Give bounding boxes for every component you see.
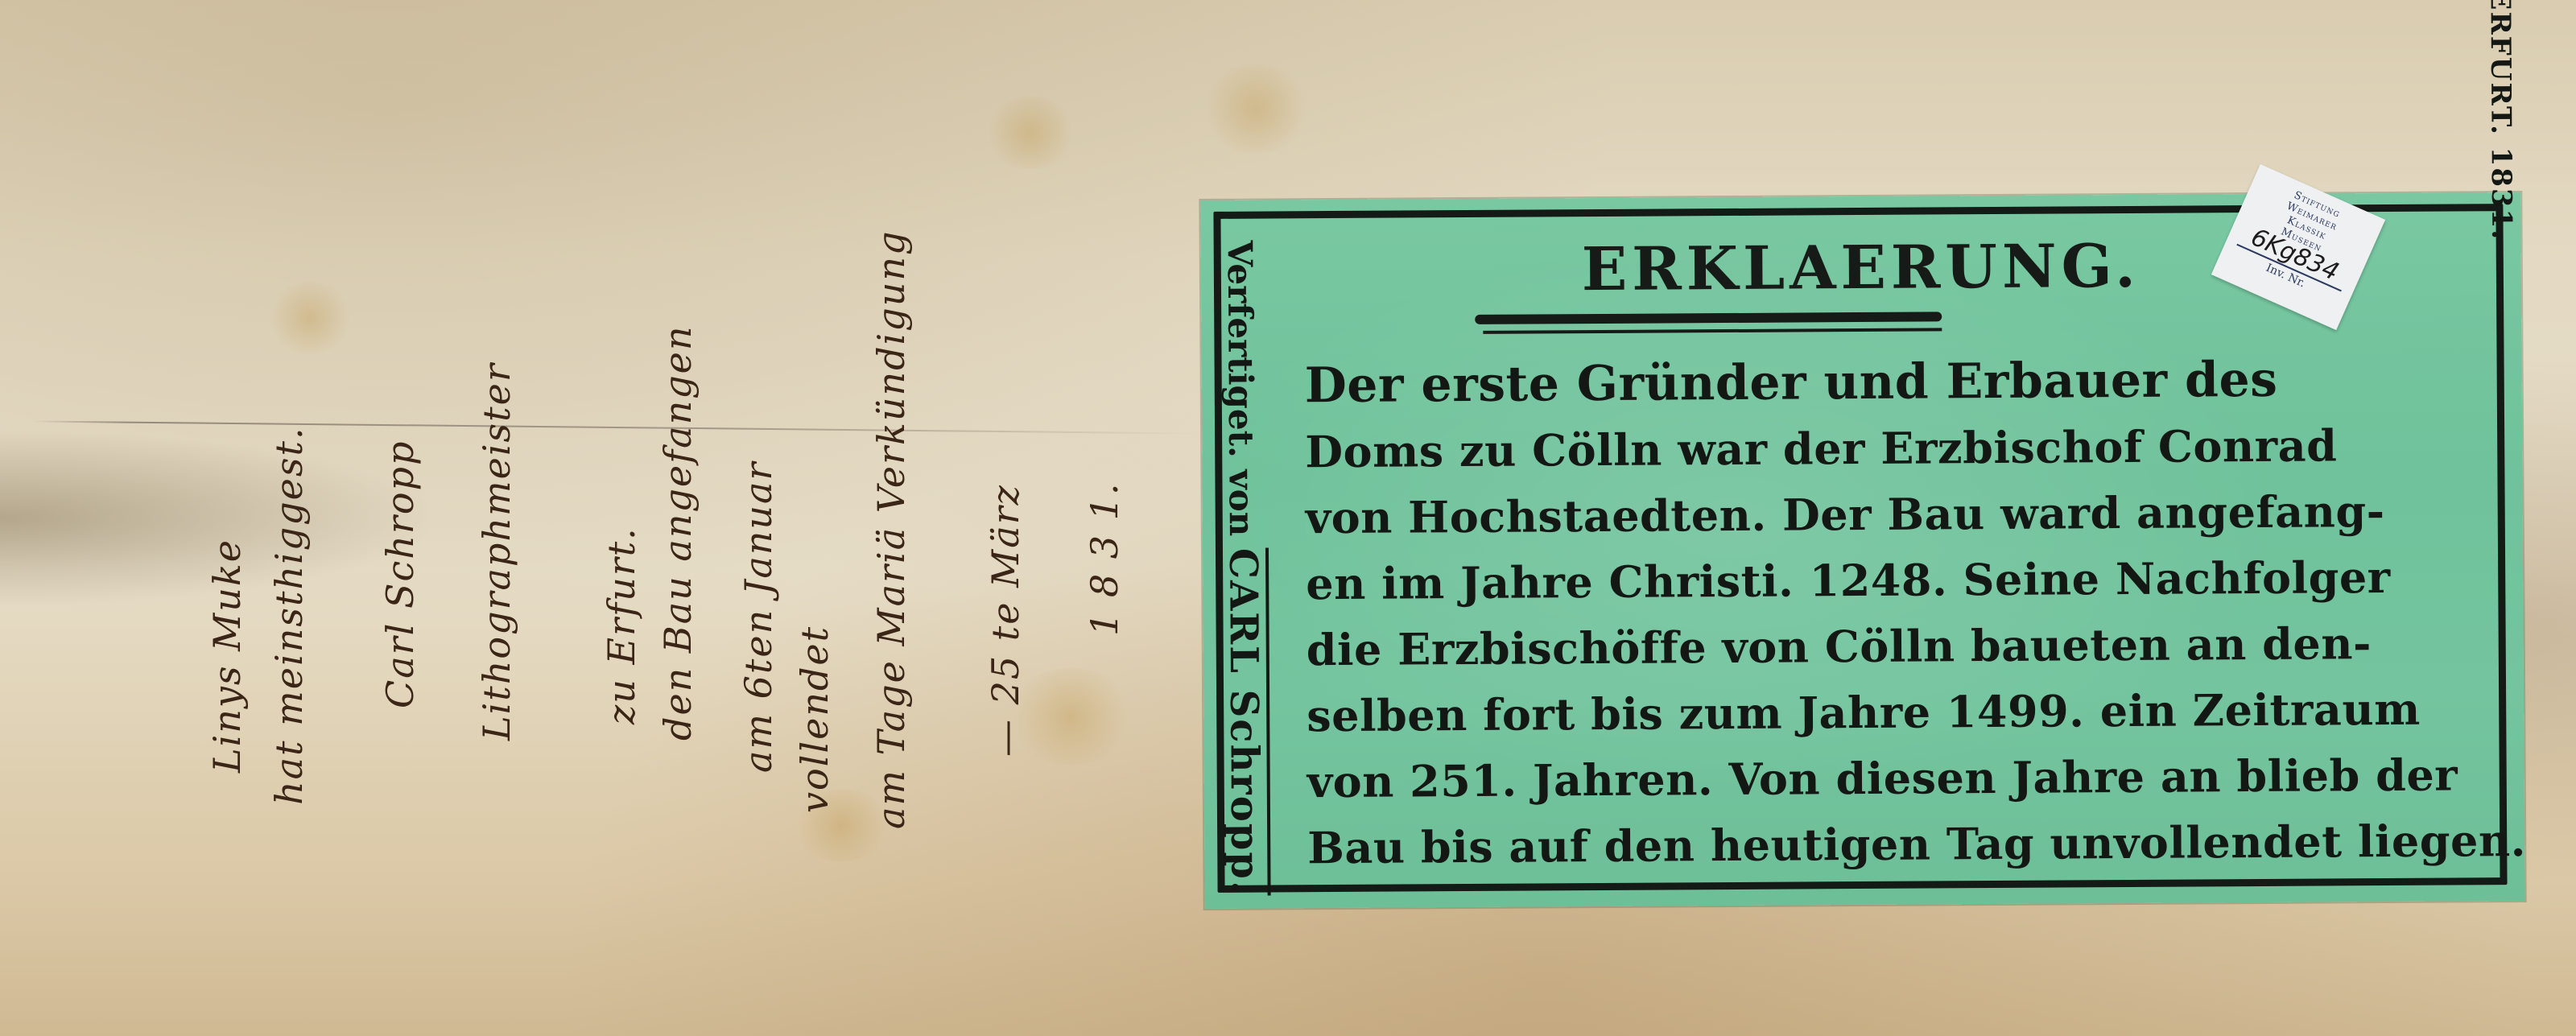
label-body: Der erste Gründer und Erbauer des Doms z… [1304, 346, 2450, 881]
handwriting-line: 1 8 3 1. [1083, 481, 1126, 636]
handwriting-line: vollendet [793, 625, 836, 813]
maker-credit: Verfertiget. von CARL Schropp. [1219, 241, 1268, 896]
handwriting-line: am Tage Mariä Verkündigung [869, 230, 913, 829]
label-line: selben fort bis zum Jahre 1499. ein Zeit… [1307, 676, 2450, 749]
place-date: ERFURT. 1831. [2484, 0, 2518, 241]
label-line: Der erste Gründer und Erbauer des [1304, 346, 2447, 419]
handwriting-line: Lithographmeister [475, 362, 518, 741]
label-line: die Erzbischöffe von Cölln baueten an de… [1306, 610, 2449, 683]
handwriting-line: den Bau angefangen [656, 325, 700, 741]
handwriting-line: zu Erfurt. [600, 526, 643, 724]
label-line: en im Jahre Christi. 1248. Seine Nachfol… [1306, 544, 2449, 617]
label-line: von Hochstaedten. Der Bau ward angefang- [1305, 478, 2448, 551]
maker-prefix: Verfertiget. von [1220, 241, 1261, 537]
handwriting-line: am 6ten Januar [737, 461, 780, 773]
handwriting-line: Carl Schropp [378, 440, 422, 708]
label-line: Doms zu Cölln war der Erzbischof Conrad [1305, 412, 2448, 485]
label-line: von 251. Jahren. Von diesen Jahre an bli… [1307, 742, 2450, 815]
handwritten-inscription: Linys Muke hat meinsthiggest. Carl Schro… [0, 0, 1175, 1036]
label-line: Bau bis auf den heutigen Tag unvollendet… [1307, 808, 2450, 881]
maker-name: CARL Schropp. [1220, 548, 1271, 896]
stain [1199, 64, 1312, 153]
handwriting-line: hat meinsthiggest. [267, 426, 311, 805]
handwriting-line: — 25 te März [984, 484, 1027, 757]
handwriting-line: Linys Muke [205, 539, 249, 773]
